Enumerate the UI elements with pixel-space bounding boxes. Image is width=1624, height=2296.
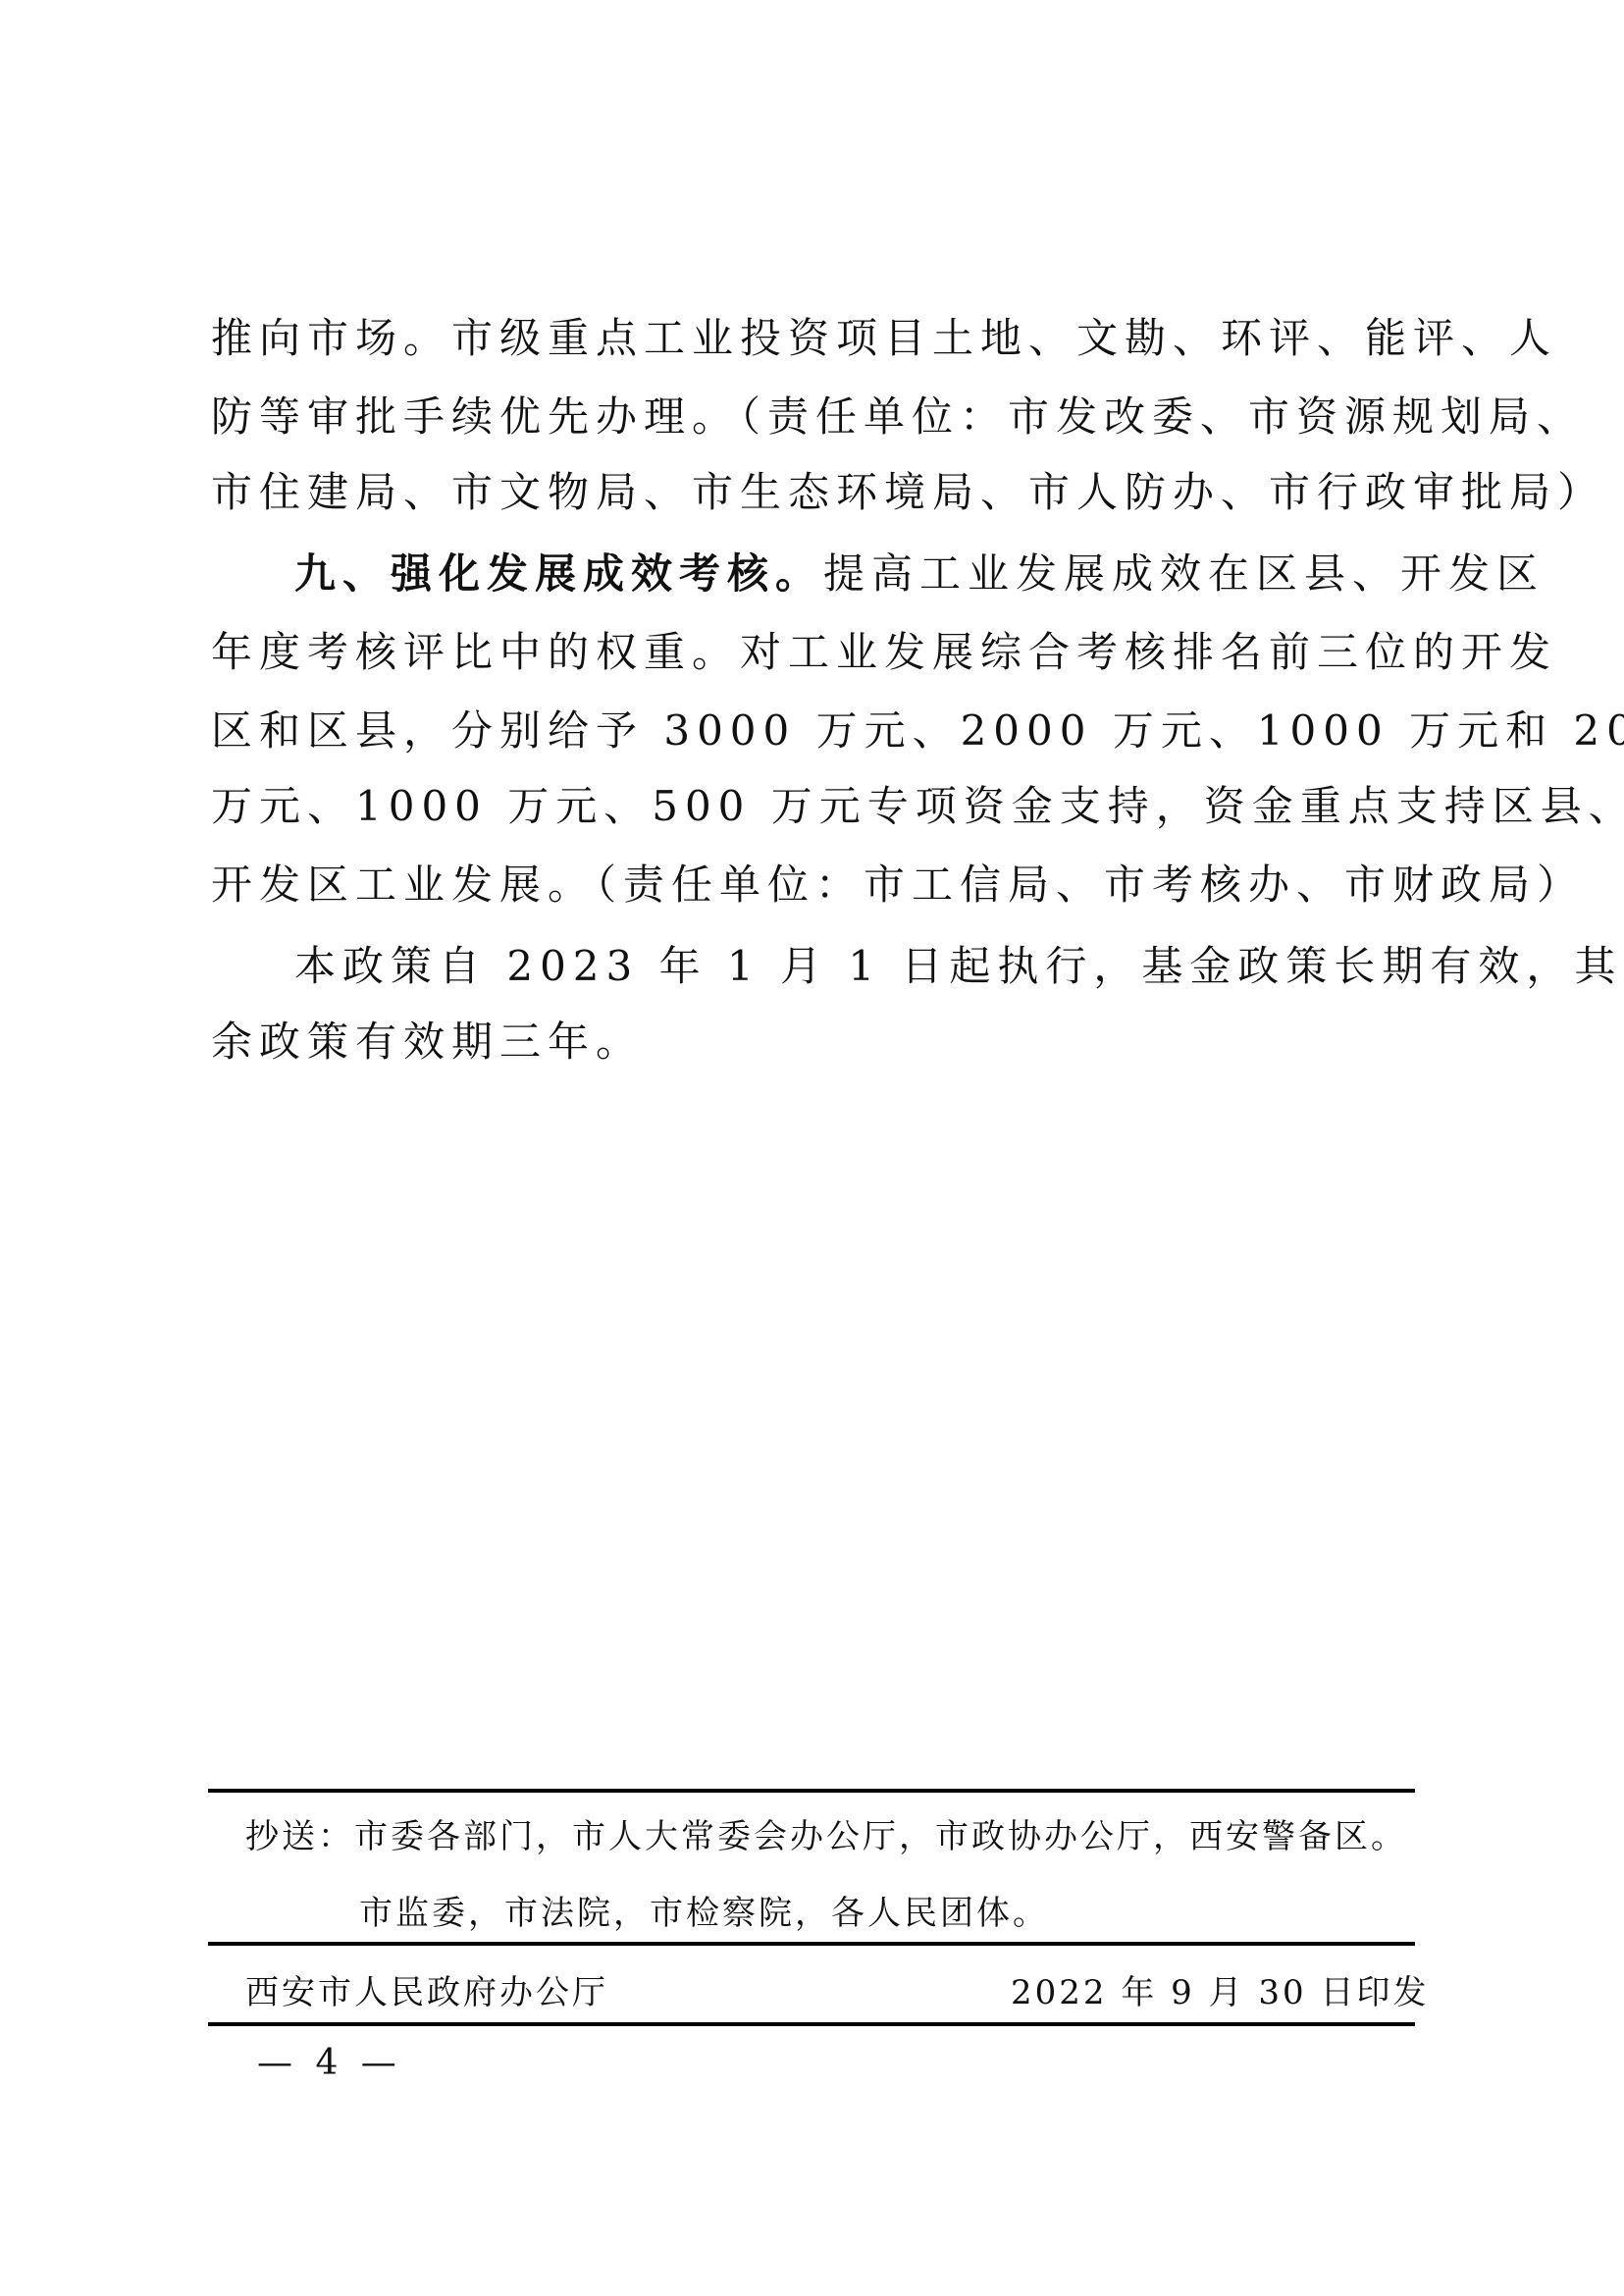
body-line: 万元、1000 万元、500 万元专项资金支持，资金重点支持区县、 bbox=[211, 777, 1418, 836]
paragraph-9-first-line: 九、强化发展成效考核。提高工业发展成效在区县、开发区 bbox=[294, 545, 1418, 603]
issuer: 西安市人民政府办公厅 bbox=[245, 1968, 608, 2017]
section-heading: 九、强化发展成效考核。 bbox=[294, 549, 823, 598]
cc-line-2: 市监委，市法院，市检察院，各人民团体。 bbox=[359, 1889, 1049, 1938]
divider bbox=[208, 1942, 1415, 1946]
cc-line-1: 抄送：市委各部门，市人大常委会办公厅，市政协办公厅，西安警备区。 bbox=[245, 1812, 1407, 1861]
body-line: 防等审批手续优先办理。（责任单位：市发改委、市资源规划局、 bbox=[211, 388, 1418, 446]
body-line: 本政策自 2023 年 1 月 1 日起执行，基金政策长期有效，其 bbox=[294, 937, 1418, 996]
body-line: 推向市场。市级重点工业投资项目土地、文勘、环评、能评、人 bbox=[211, 309, 1418, 368]
page-number: — 4 — bbox=[257, 2043, 402, 2083]
body-line: 年度考核评比中的权重。对工业发展综合考核排名前三位的开发 bbox=[211, 623, 1418, 682]
issue-date: 2022 年 9 月 30 日印发 bbox=[1011, 1968, 1429, 2017]
body-line: 开发区工业发展。（责任单位：市工信局、市考核办、市财政局） bbox=[211, 856, 1418, 914]
divider bbox=[208, 1789, 1415, 1793]
body-line: 区和区县，分别给予 3000 万元、2000 万元、1000 万元和 2000 bbox=[211, 702, 1418, 760]
body-line: 市住建局、市文物局、市生态环境局、市人防办、市行政审批局） bbox=[211, 463, 1418, 522]
body-line: 余政策有效期三年。 bbox=[211, 1013, 1418, 1071]
divider bbox=[208, 2022, 1415, 2026]
body-text: 提高工业发展成效在区县、开发区 bbox=[823, 549, 1545, 598]
cc-label: 抄送： bbox=[245, 1817, 354, 1856]
cc-recipients: 市委各部门，市人大常委会办公厅，市政协办公厅，西安警备区。 bbox=[354, 1817, 1407, 1856]
